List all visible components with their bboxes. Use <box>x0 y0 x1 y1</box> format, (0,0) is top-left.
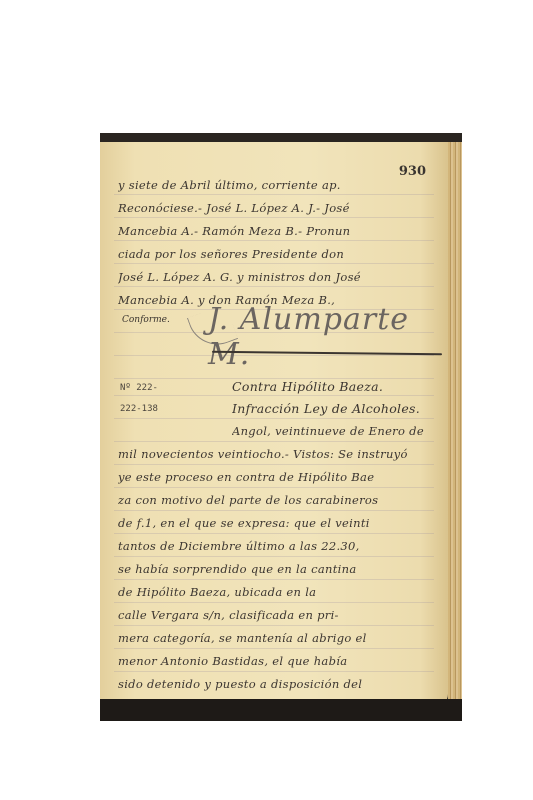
ruled-line <box>114 441 434 442</box>
body-line: menor Antonio Bastidas, el que había <box>118 654 432 668</box>
ruled-line <box>114 510 434 511</box>
body-line: de Hipólito Baeza, ubicada en la <box>118 585 432 599</box>
paper-sheet: 930 y siete de Abril último, corriente a… <box>100 142 448 708</box>
ruled-line <box>114 556 434 557</box>
text-line: y siete de Abril último, corriente ap. <box>118 178 432 192</box>
text-line: Reconóciese.- José L. López A. J.- José <box>118 201 432 215</box>
ruled-line <box>114 418 434 419</box>
ruled-line <box>114 487 434 488</box>
scan-shadow <box>100 699 462 721</box>
case-reference: 222-138 <box>120 404 158 414</box>
text-line: Mancebia A.- Ramón Meza B.- Pronun <box>118 224 432 238</box>
body-line: tantos de Diciembre último a las 22.30, <box>118 539 432 553</box>
body-line: calle Vergara s/n, clasificada en pri- <box>118 608 432 622</box>
ruled-line <box>114 263 434 264</box>
page-number: 930 <box>399 164 426 179</box>
text-line: José L. López A. G. y ministros don José <box>118 270 432 284</box>
ruled-line <box>114 625 434 626</box>
scanned-ledger-page: 930 y siete de Abril último, corriente a… <box>100 133 462 721</box>
signature: J. Alumparte M. <box>208 302 448 372</box>
ruled-line <box>114 395 434 396</box>
ruled-line <box>114 217 434 218</box>
body-line: mera categoría, se mantenía al abrigo el <box>118 631 432 645</box>
ruled-line <box>114 602 434 603</box>
ruled-line <box>114 648 434 649</box>
body-line: za con motivo del parte de los carabiner… <box>118 493 432 507</box>
ruled-line <box>114 671 434 672</box>
body-line: se había sorprendido que en la cantina <box>118 562 432 576</box>
text-line: ciada por los señores Presidente don <box>118 247 432 261</box>
conforme-label: Conforme. <box>122 315 170 325</box>
case-title: Contra Hipólito Baeza. <box>232 379 432 394</box>
book-edge <box>448 142 462 708</box>
ruled-line <box>114 286 434 287</box>
ruled-line <box>114 464 434 465</box>
ruled-line <box>114 194 434 195</box>
ruled-line <box>114 240 434 241</box>
ruled-line <box>114 533 434 534</box>
body-line: Angol, veintinueve de Enero de <box>232 424 432 438</box>
body-line: sido detenido y puesto a disposición del <box>118 677 432 691</box>
body-line: ye este proceso en contra de Hipólito Ba… <box>118 470 432 484</box>
body-line: mil novecientos veintiocho.- Vistos: Se … <box>118 447 432 461</box>
body-line: de f.1, en el que se expresa: que el vei… <box>118 516 432 530</box>
ruled-line <box>114 579 434 580</box>
case-subject: Infracción Ley de Alcoholes. <box>232 401 432 416</box>
case-number: Nº 222- <box>120 383 158 393</box>
